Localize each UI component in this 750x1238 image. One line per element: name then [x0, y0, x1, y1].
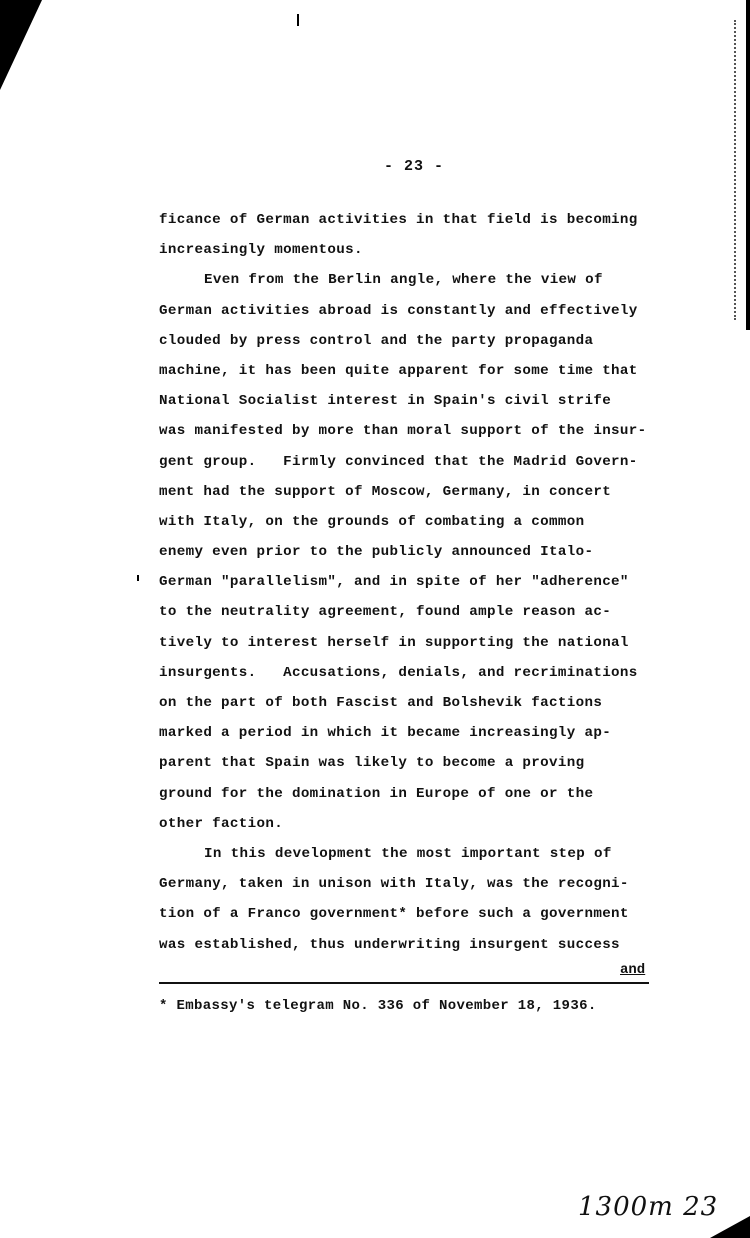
text-line: was manifested by more than moral suppor…: [159, 416, 649, 446]
text-line: National Socialist interest in Spain's c…: [159, 386, 649, 416]
text-line: clouded by press control and the party p…: [159, 326, 649, 356]
paragraph-start-line: In this development the most important s…: [159, 839, 649, 869]
text-line: marked a period in which it became incre…: [159, 718, 649, 748]
document-body: ficance of German activities in that fie…: [159, 205, 649, 960]
text-line: gent group. Firmly convinced that the Ma…: [159, 447, 649, 477]
text-line: German activities abroad is constantly a…: [159, 296, 649, 326]
text-line: other faction.: [159, 809, 649, 839]
archive-handwritten-annotation: 1300m 23: [578, 1192, 718, 1222]
paragraph-start-line: Even from the Berlin angle, where the vi…: [159, 265, 649, 295]
text-line: insurgents. Accusations, denials, and re…: [159, 658, 649, 688]
text-line: machine, it has been quite apparent for …: [159, 356, 649, 386]
scan-mark: [297, 14, 299, 26]
text-line: ficance of German activities in that fie…: [159, 205, 649, 235]
text-line: tion of a Franco government* before such…: [159, 899, 649, 929]
scan-right-edge: [746, 0, 750, 330]
text-line: Germany, taken in unison with Italy, was…: [159, 869, 649, 899]
text-line: enemy even prior to the publicly announc…: [159, 537, 649, 567]
text-line: with Italy, on the grounds of combating …: [159, 507, 649, 537]
text-line: increasingly momentous.: [159, 235, 649, 265]
text-line: German "parallelism", and in spite of he…: [159, 567, 649, 597]
continuation-catchword: and: [620, 962, 645, 978]
margin-mark: [137, 575, 139, 581]
text-line: ground for the domination in Europe of o…: [159, 779, 649, 809]
text-line: to the neutrality agreement, found ample…: [159, 597, 649, 627]
text-line: parent that Spain was likely to become a…: [159, 748, 649, 778]
footnote-divider: [159, 982, 649, 984]
scan-edge-noise: [734, 20, 738, 320]
text-line: ment had the support of Moscow, Germany,…: [159, 477, 649, 507]
page-number: - 23 -: [384, 158, 444, 175]
text-line: tively to interest herself in supporting…: [159, 628, 649, 658]
scan-corner-shadow: [0, 0, 42, 90]
text-line: on the part of both Fascist and Bolshevi…: [159, 688, 649, 718]
text-line: was established, thus underwriting insur…: [159, 930, 649, 960]
footnote: * Embassy's telegram No. 336 of November…: [159, 998, 597, 1014]
